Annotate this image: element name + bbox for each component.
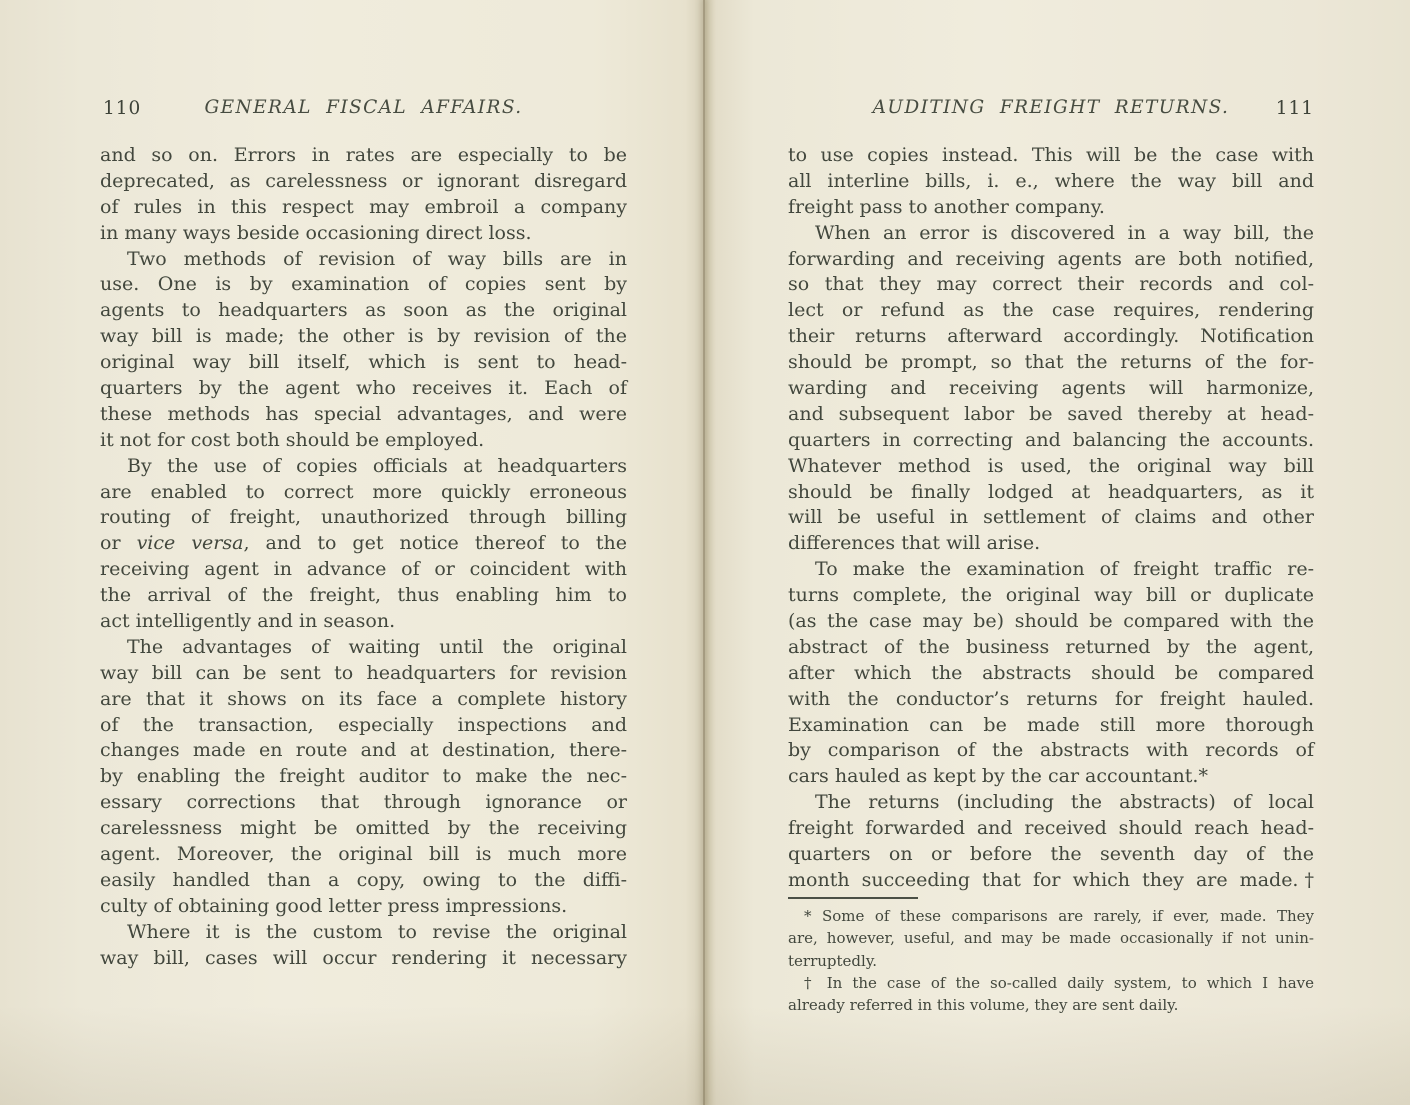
text-line: essary corrections that through ignoranc…	[100, 790, 627, 816]
text-line: agent. Moreover, the original bill is mu…	[100, 842, 627, 868]
text-line: should be finally lodged at headquarters…	[788, 480, 1314, 506]
text-line: lect or refund as the case requires, ren…	[788, 298, 1314, 324]
text-line: way bill, cases will occur rendering it …	[100, 946, 627, 972]
book-spread-scan: { "colors": { "paper": "#eeead9", "ink":…	[0, 0, 1410, 1105]
book-gutter-shadow	[703, 0, 705, 1105]
page-right-body: to use copies instead. This will be the …	[788, 143, 1314, 894]
text-line: way bill is made; the other is by revisi…	[100, 324, 627, 350]
text-line: deprecated, as carelessness or ignorant …	[100, 169, 627, 195]
text-line: * Some of these comparisons are rarely, …	[788, 905, 1314, 927]
text-line: Examination can be made still more thoro…	[788, 713, 1314, 739]
text-line: Two methods of revision of way bills are…	[100, 247, 627, 273]
footnote-text: * Some of these comparisons are rarely, …	[788, 905, 1314, 1016]
text-line: By the use of copies officials at headqu…	[100, 454, 627, 480]
paragraph: By the use of copies officials at headqu…	[100, 454, 627, 635]
text-line: agents to headquarters as soon as the or…	[100, 298, 627, 324]
footnote-rule	[788, 897, 918, 899]
text-line: of the transaction, especially inspectio…	[100, 713, 627, 739]
text-line: differences that will arise.	[788, 531, 1314, 557]
text-line: with the conductor’s returns for freight…	[788, 687, 1314, 713]
text-line: abstract of the business returned by the…	[788, 635, 1314, 661]
text-line: after which the abstracts should be comp…	[788, 661, 1314, 687]
text-line: freight pass to another company.	[788, 195, 1314, 221]
page-left-header: 110 GENERAL FISCAL AFFAIRS.	[100, 97, 627, 123]
text-line: † In the case of the so-called daily sys…	[788, 972, 1314, 994]
text-line: quarters in correcting and balancing the…	[788, 428, 1314, 454]
text-line: easily handled than a copy, owing to the…	[100, 868, 627, 894]
text-line: terruptedly.	[788, 950, 1314, 972]
text-line: warding and receiving agents will harmon…	[788, 376, 1314, 402]
text-line: to use copies instead. This will be the …	[788, 143, 1314, 169]
text-line: are that it shows on its face a complete…	[100, 687, 627, 713]
text-line: quarters on or before the seventh day of…	[788, 842, 1314, 868]
text-line: quarters by the agent who receives it. E…	[100, 376, 627, 402]
text-line: freight forwarded and received should re…	[788, 816, 1314, 842]
text-line: all interline bills, i. e., where the wa…	[788, 169, 1314, 195]
text-line: receiving agent in advance of or coincid…	[100, 557, 627, 583]
page-right-footnotes: * Some of these comparisons are rarely, …	[788, 897, 1314, 1016]
text-line: by comparison of the abstracts with reco…	[788, 738, 1314, 764]
paragraph: To make the examination of freight traff…	[788, 557, 1314, 790]
text-line: When an error is discovered in a way bil…	[788, 221, 1314, 247]
text-line: and so on. Errors in rates are especiall…	[100, 143, 627, 169]
text-line: by enabling the freight auditor to make …	[100, 764, 627, 790]
text-line: it not for cost both should be employed.	[100, 428, 627, 454]
page-number-right: 111	[1276, 98, 1314, 119]
text-line: use. One is by examination of copies sen…	[100, 272, 627, 298]
text-line: or vice versa, and to get notice thereof…	[100, 531, 627, 557]
paragraph: and so on. Errors in rates are especiall…	[100, 143, 627, 247]
text-line: cars hauled as kept by the car accountan…	[788, 764, 1314, 790]
paragraph: Two methods of revision of way bills are…	[100, 247, 627, 454]
text-line: The advantages of waiting until the orig…	[100, 635, 627, 661]
page-left-body: and so on. Errors in rates are especiall…	[100, 143, 627, 972]
text-line: are, however, useful, and may be made oc…	[788, 927, 1314, 949]
text-line: carelessness might be omitted by the rec…	[100, 816, 627, 842]
text-line: original way bill itself, which is sent …	[100, 350, 627, 376]
page-right-header: AUDITING FREIGHT RETURNS. 111	[788, 97, 1314, 123]
paragraph: * Some of these comparisons are rarely, …	[788, 905, 1314, 972]
text-line: already referred in this volume, they ar…	[788, 994, 1314, 1016]
text-line: To make the examination of freight traff…	[788, 557, 1314, 583]
text-line: so that they may correct their records a…	[788, 272, 1314, 298]
paragraph: Where it is the custom to revise the ori…	[100, 920, 627, 972]
text-line: (as the case may be) should be compared …	[788, 609, 1314, 635]
text-line: will be useful in settlement of claims a…	[788, 505, 1314, 531]
text-line: culty of obtaining good letter press imp…	[100, 894, 627, 920]
running-head-right: AUDITING FREIGHT RETURNS.	[873, 97, 1230, 118]
text-line: should be prompt, so that the returns of…	[788, 350, 1314, 376]
text-line: changes made en route and at destination…	[100, 738, 627, 764]
text-line: in many ways beside occasioning direct l…	[100, 221, 627, 247]
text-line: forwarding and receiving agents are both…	[788, 247, 1314, 273]
text-line: Whatever method is used, the original wa…	[788, 454, 1314, 480]
paragraph: † In the case of the so-called daily sys…	[788, 972, 1314, 1017]
text-line: act intelligently and in season.	[100, 609, 627, 635]
paragraph: When an error is discovered in a way bil…	[788, 221, 1314, 558]
text-line: turns complete, the original way bill or…	[788, 583, 1314, 609]
running-head-left: GENERAL FISCAL AFFAIRS.	[204, 97, 522, 118]
text-line: way bill can be sent to headquarters for…	[100, 661, 627, 687]
paragraph: to use copies instead. This will be the …	[788, 143, 1314, 221]
paragraph: The returns (including the abstracts) of…	[788, 790, 1314, 894]
text-line: their returns afterward accordingly. Not…	[788, 324, 1314, 350]
text-line: these methods has special advantages, an…	[100, 402, 627, 428]
text-line: Where it is the custom to revise the ori…	[100, 920, 627, 946]
paragraph: The advantages of waiting until the orig…	[100, 635, 627, 920]
text-line: and subsequent labor be saved thereby at…	[788, 402, 1314, 428]
text-line: routing of freight, unauthorized through…	[100, 505, 627, 531]
text-line: the arrival of the freight, thus enablin…	[100, 583, 627, 609]
text-line: of rules in this respect may embroil a c…	[100, 195, 627, 221]
text-line: are enabled to correct more quickly erro…	[100, 480, 627, 506]
page-number-left: 110	[103, 98, 141, 119]
text-line: The returns (including the abstracts) of…	[788, 790, 1314, 816]
text-line: month succeeding that for which they are…	[788, 868, 1314, 894]
